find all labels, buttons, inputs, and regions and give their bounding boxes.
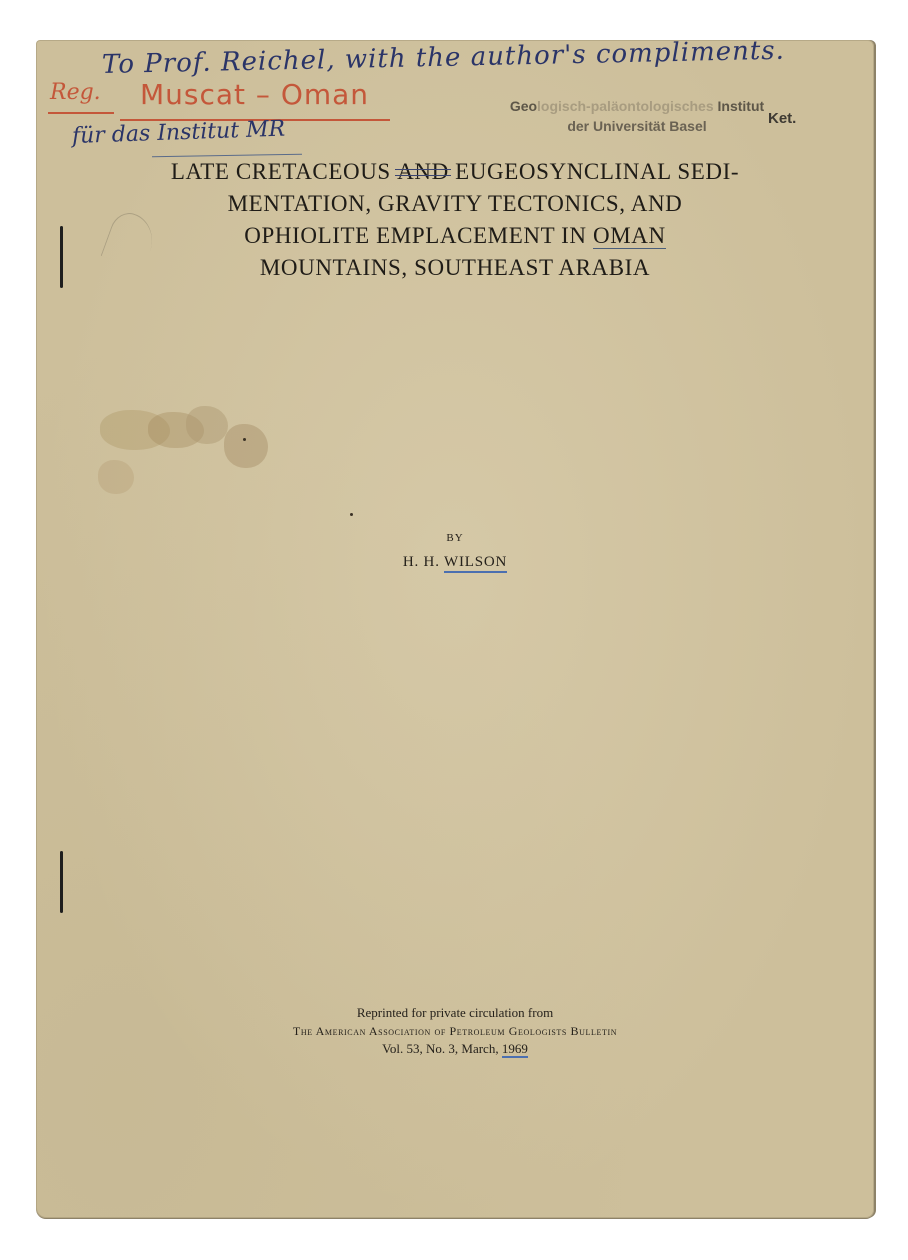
- document-title: LATE CRETACEOUS AND EUGEOSYNCLINAL SEDI-…: [36, 156, 874, 284]
- handwritten-dedication: To Prof. Reichel, with the author's comp…: [102, 36, 785, 80]
- handwritten-reference-label: Reg.: [50, 80, 101, 105]
- water-stain: [186, 406, 228, 444]
- reference-underline: [48, 112, 114, 114]
- offprint-cover-page: Reg. To Prof. Reichel, with the author's…: [36, 40, 874, 1218]
- stamp-line-1: Geologisch-paläontologisches Institut: [502, 96, 772, 116]
- title-line-3: OPHIOLITE EMPLACEMENT IN OMAN: [36, 220, 874, 252]
- issue-info: Vol. 53, No. 3, March, 1969: [36, 1040, 874, 1058]
- title-line-4: MOUNTAINS, SOUTHEAST ARABIA: [36, 252, 874, 284]
- underlined-word: OMAN: [593, 223, 666, 249]
- water-stain: [98, 460, 134, 494]
- staple-bottom: [60, 851, 63, 913]
- author-surname: WILSON: [444, 554, 507, 573]
- author-initials: H. H.: [403, 554, 440, 570]
- speck: [350, 513, 353, 516]
- struck-word: AND: [397, 156, 449, 188]
- byline: BY: [36, 532, 874, 544]
- stamp-shelf-mark: Ket.: [768, 110, 796, 127]
- publication-info: Reprinted for private circulation from T…: [36, 1004, 874, 1058]
- reprint-note: Reprinted for private circulation from: [36, 1004, 874, 1022]
- journal-name: The American Association of Petroleum Ge…: [36, 1022, 874, 1040]
- title-line-2: MENTATION, GRAVITY TECTONICS, AND: [36, 188, 874, 220]
- handwritten-institute-note: für das Institut MR: [72, 117, 286, 149]
- publication-year: 1969: [502, 1041, 528, 1058]
- institute-stamp: Geologisch-paläontologisches Institut de…: [502, 96, 772, 136]
- title-line-1: LATE CRETACEOUS AND EUGEOSYNCLINAL SEDI-: [36, 156, 874, 188]
- handwritten-region-label: Muscat – Oman: [140, 78, 369, 111]
- author-name: H. H. WILSON: [36, 554, 874, 571]
- speck: [243, 438, 246, 441]
- stamp-line-2: der Universität Basel: [502, 116, 772, 136]
- water-stain: [224, 424, 268, 468]
